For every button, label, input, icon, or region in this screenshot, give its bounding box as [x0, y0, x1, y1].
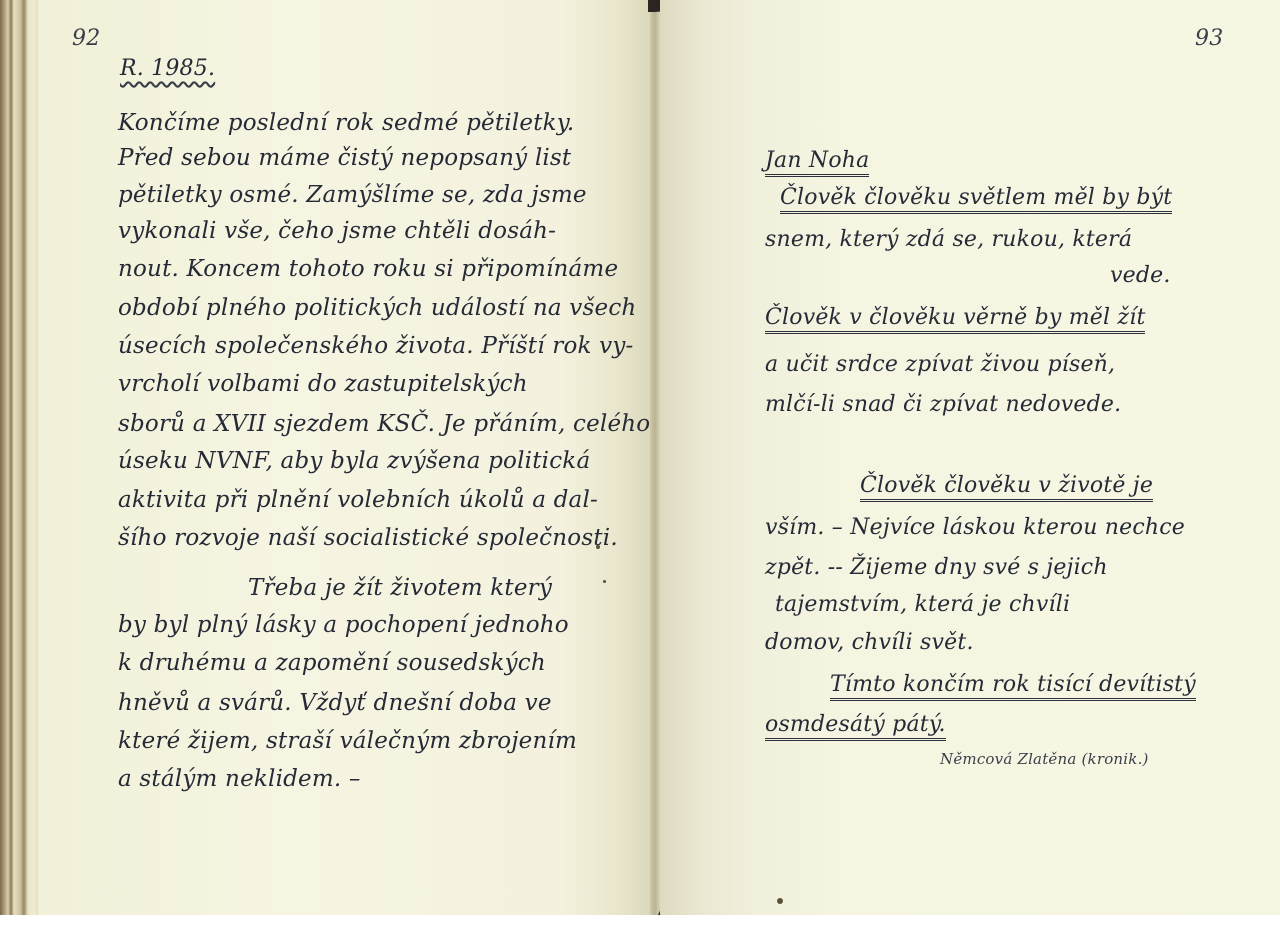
text-line: vykonali vše, čeho jsme chtěli dosáh- [118, 218, 556, 244]
text-line: by byl plný lásky a pochopení jednoho [118, 612, 569, 638]
text-line: sborů a XVII sjezdem KSČ. Je přáním, cel… [118, 411, 650, 437]
left-page: 92 R. 1985. Končíme poslední rok sedmé p… [38, 0, 650, 915]
text-line: Před sebou máme čistý nepopsaný list [118, 145, 571, 171]
poem-line: vším. – Nejvíce láskou kterou nechce [765, 515, 1185, 540]
text-line: úseku NVNF, aby byla zvýšena politická [118, 448, 590, 474]
page-number-right: 93 [1195, 26, 1223, 51]
poem-line: Člověk v člověku věrně by měl žít [765, 305, 1145, 334]
ink-speck [777, 898, 783, 904]
poem-line: Člověk člověku v životě je [860, 473, 1153, 502]
poem-line: snem, který zdá se, rukou, která [765, 227, 1132, 252]
poem-line: Člověk člověku světlem měl by být [780, 185, 1172, 214]
page-stack-edge [0, 0, 38, 915]
page-number-left: 92 [72, 26, 100, 51]
poem-line: vede. [1110, 263, 1171, 288]
text-line: pětiletky osmé. Zamýšlíme se, zda jsme [118, 182, 587, 208]
ink-speck [603, 580, 606, 583]
text-line: hněvů a svárů. Vždyť dnešní doba ve [118, 690, 552, 716]
text-line: nout. Koncem tohoto roku si připomínáme [118, 256, 618, 282]
right-page: 93 Jan Noha Člověk člověku světlem měl b… [660, 0, 1280, 915]
ink-speck [596, 545, 600, 549]
book-gutter [650, 0, 660, 915]
poem-line: mlčí-li snad či zpívat nedovede. [765, 392, 1121, 417]
text-line: které žijem, straší válečným zbrojením [118, 728, 577, 754]
text-line: vrcholí volbami do zastupitelských [118, 371, 528, 397]
text-line: období plného politických událostí na vš… [118, 295, 636, 321]
poem-line: a učit srdce zpívat živou píseň, [765, 352, 1115, 377]
text-line: šího rozvoje naší socialistické společno… [118, 525, 618, 551]
poem-line: domov, chvíli svět. [765, 630, 974, 655]
closing-line: osmdesátý pátý. [765, 712, 946, 741]
text-line: Třeba je žít životem který [248, 575, 552, 601]
text-line: úsecích společenského života. Příští rok… [118, 333, 634, 359]
text-line: a stálým neklidem. – [118, 766, 361, 792]
text-line: k druhému a zapomění sousedských [118, 650, 546, 676]
closing-line: Tímto končím rok tisící devítistý [830, 672, 1196, 701]
text-line: Končíme poslední rok sedmé pětiletky. [118, 110, 574, 136]
chronicler-signature: Němcová Zlatěna (kronik.) [940, 750, 1149, 768]
poem-author: Jan Noha [765, 148, 869, 177]
open-book-spread: 92 R. 1985. Končíme poslední rok sedmé p… [0, 0, 1280, 915]
year-heading: R. 1985. [120, 56, 215, 81]
text-line: aktivita při plnění volebních úkolů a da… [118, 487, 598, 513]
poem-line: zpět. -- Žijeme dny své s jejich [765, 555, 1108, 580]
poem-line: tajemstvím, která je chvíli [775, 592, 1070, 617]
